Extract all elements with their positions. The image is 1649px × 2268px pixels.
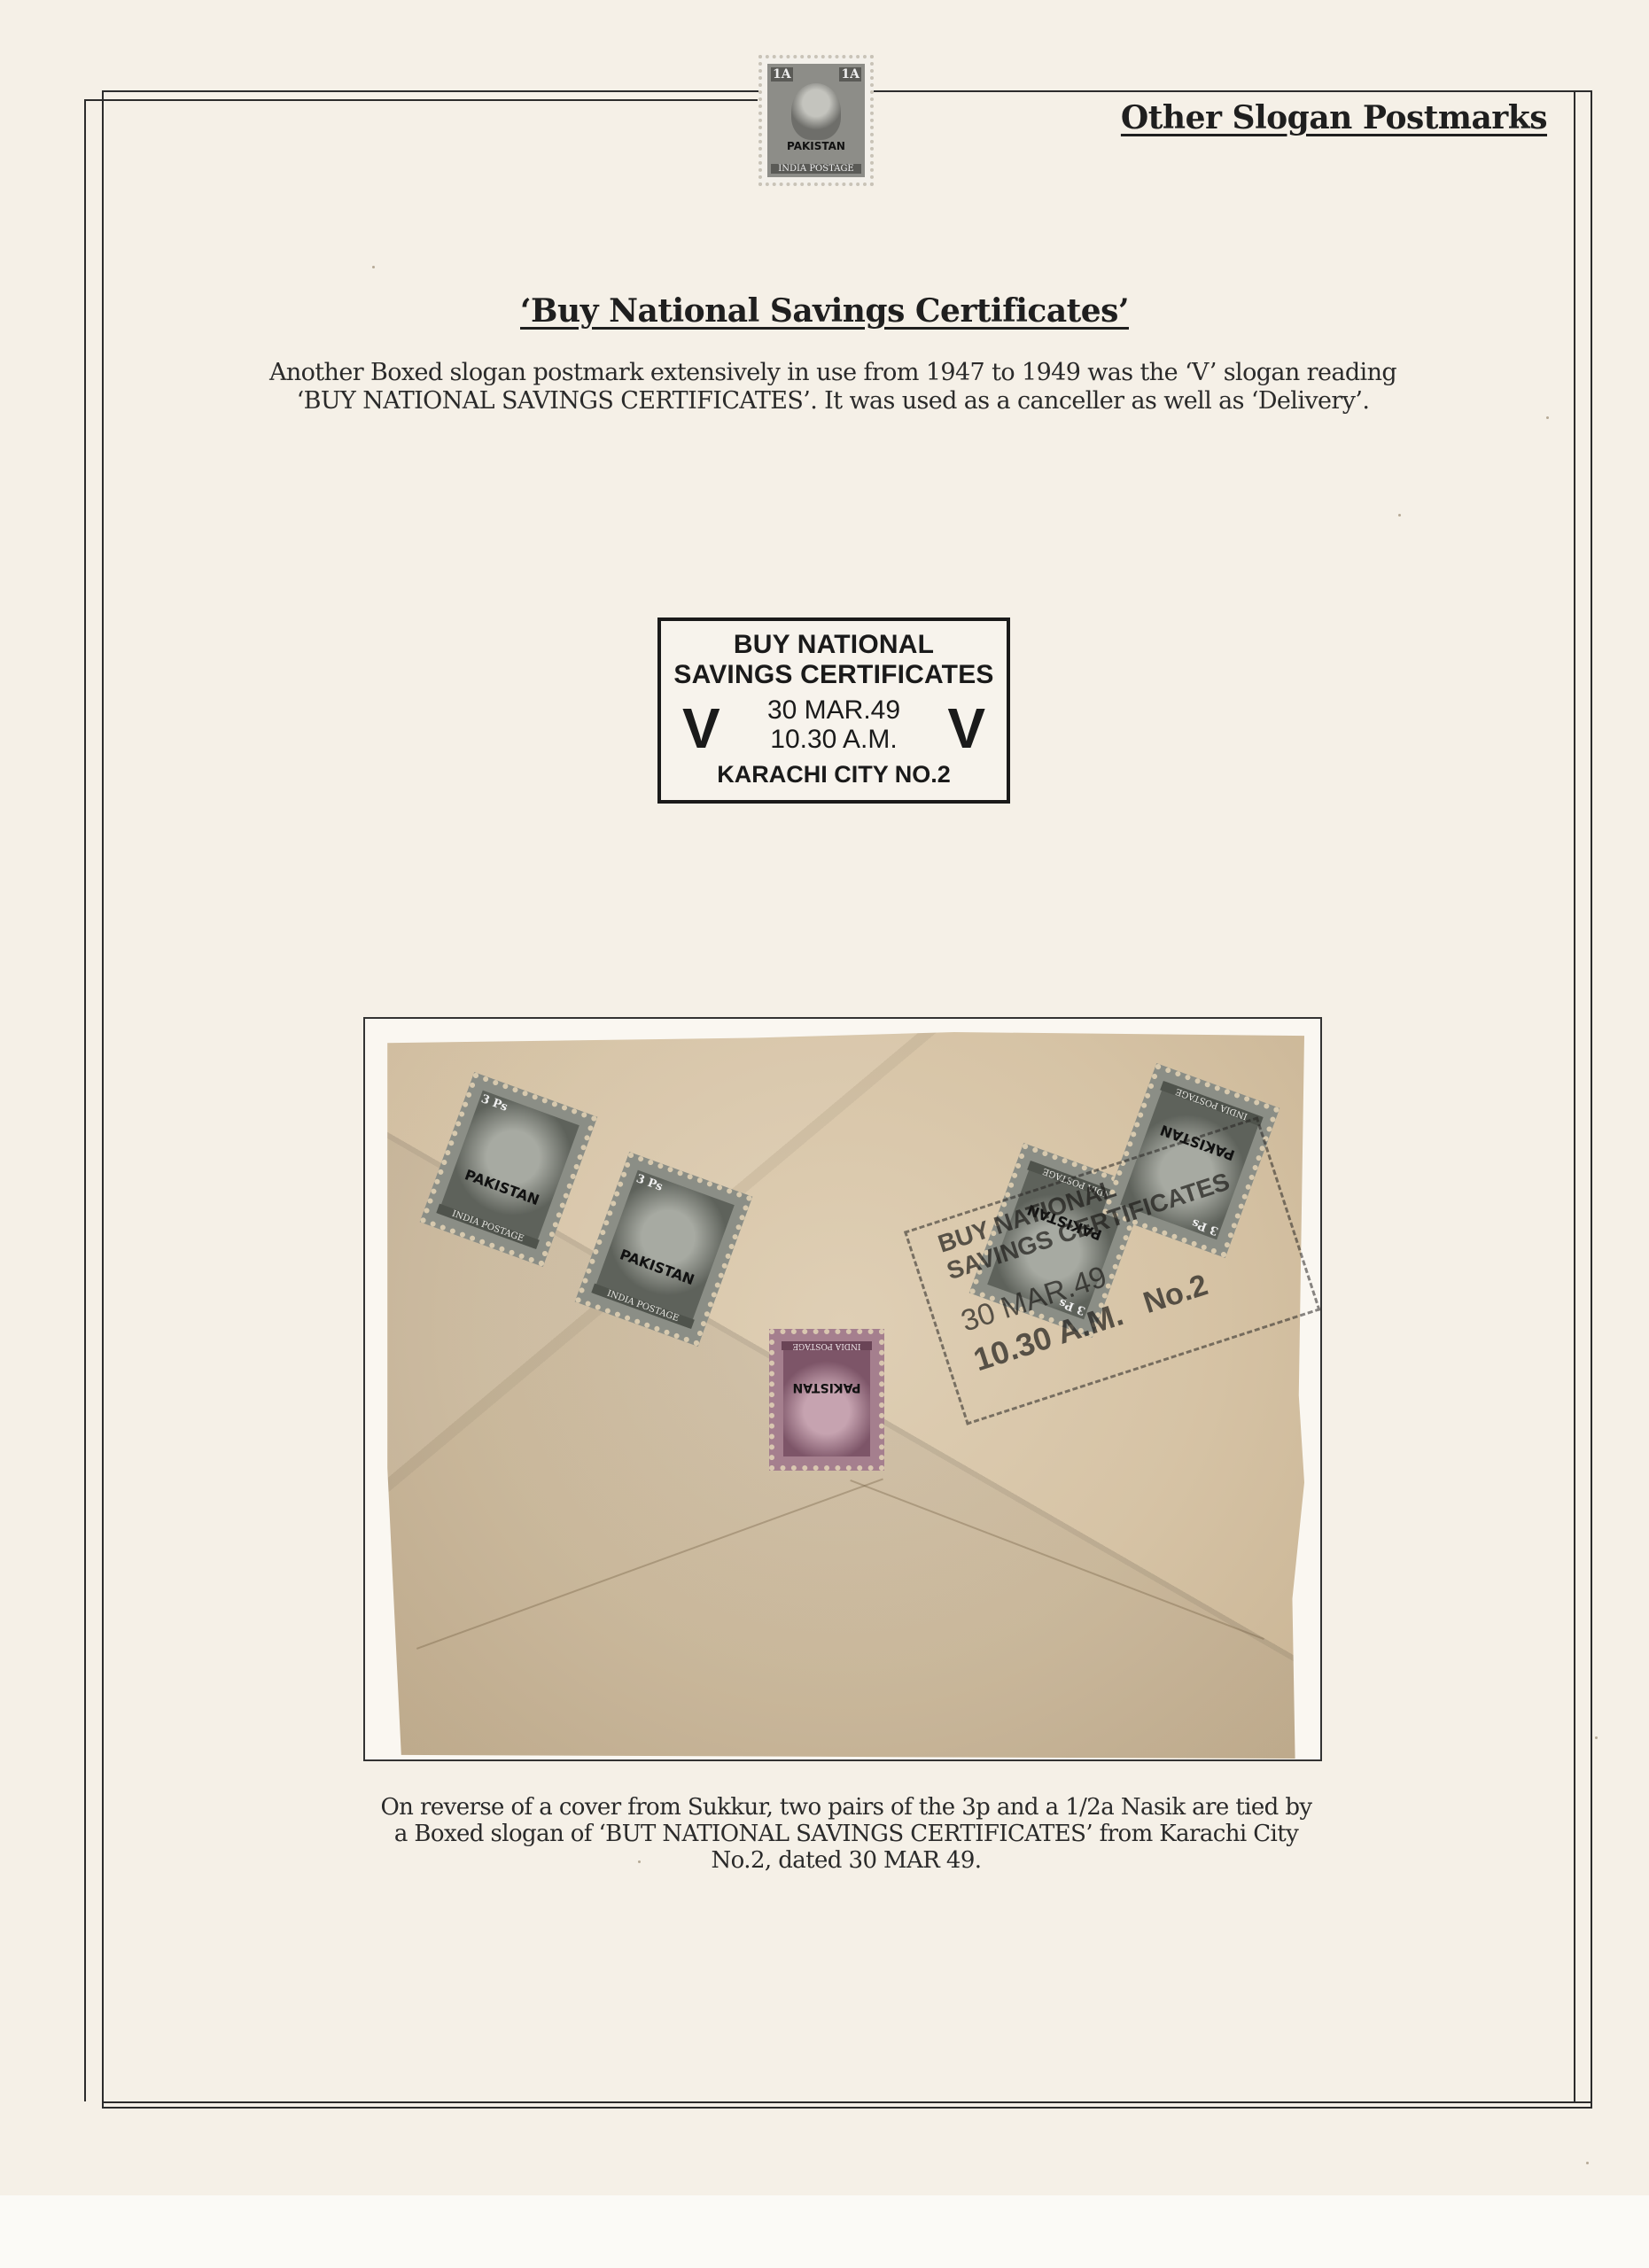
stamp-inscription: INDIA POSTAGE (771, 164, 861, 174)
caption-line: a Boxed slogan of ‘BUT NATIONAL SAVINGS … (359, 1821, 1334, 1847)
intro-line: Another Boxed slogan postmark extensivel… (142, 359, 1524, 387)
intro-text: Another Boxed slogan postmark extensivel… (142, 359, 1524, 416)
postmark-slogan-line2: SAVINGS CERTIFICATES (661, 660, 1007, 690)
stamp-overprint: PAKISTAN (767, 140, 865, 152)
stamp-inscription: INDIA POSTAGE (782, 1341, 872, 1350)
paper-speck (1586, 2162, 1589, 2164)
stamp-overprint: PAKISTAN (774, 1380, 879, 1394)
cover-caption: On reverse of a cover from Sukkur, two p… (359, 1794, 1334, 1874)
section-title: ‘Buy National Savings Certificates’ (0, 292, 1649, 330)
border-line (102, 2101, 1592, 2103)
border-line (84, 99, 758, 101)
caption-line: No.2, dated 30 MAR 49. (359, 1847, 1334, 1874)
stamp-value-left: 1A (771, 67, 793, 82)
v-symbol-right: V (947, 695, 985, 761)
stamp-body: 1A 1A PAKISTAN INDIA POSTAGE (767, 64, 865, 177)
king-portrait-icon (791, 83, 841, 140)
stamp-value-right: 1A (839, 67, 861, 82)
caption-line: On reverse of a cover from Sukkur, two p… (359, 1794, 1334, 1821)
intro-line: ‘BUY NATIONAL SAVINGS CERTIFICATES’. It … (142, 387, 1524, 416)
king-portrait-icon (783, 1343, 870, 1456)
page-bottom-margin (0, 2195, 1649, 2268)
stamp-half-anna: PAKISTAN INDIA POSTAGE (769, 1329, 884, 1471)
border-line (84, 99, 86, 2101)
cancel-office: No.2 (1140, 1268, 1212, 1321)
postmark-slogan-line1: BUY NATIONAL (661, 630, 1007, 660)
boxed-slogan-postmark: BUY NATIONAL SAVINGS CERTIFICATES V 30 M… (657, 617, 1010, 804)
postmark-office: KARACHI CITY NO.2 (661, 761, 1007, 788)
page-title: Other Slogan Postmarks (1121, 99, 1547, 136)
paper-speck (1595, 1736, 1598, 1739)
header-stamp-image: 1A 1A PAKISTAN INDIA POSTAGE (758, 55, 874, 186)
border-line (1574, 90, 1575, 2101)
